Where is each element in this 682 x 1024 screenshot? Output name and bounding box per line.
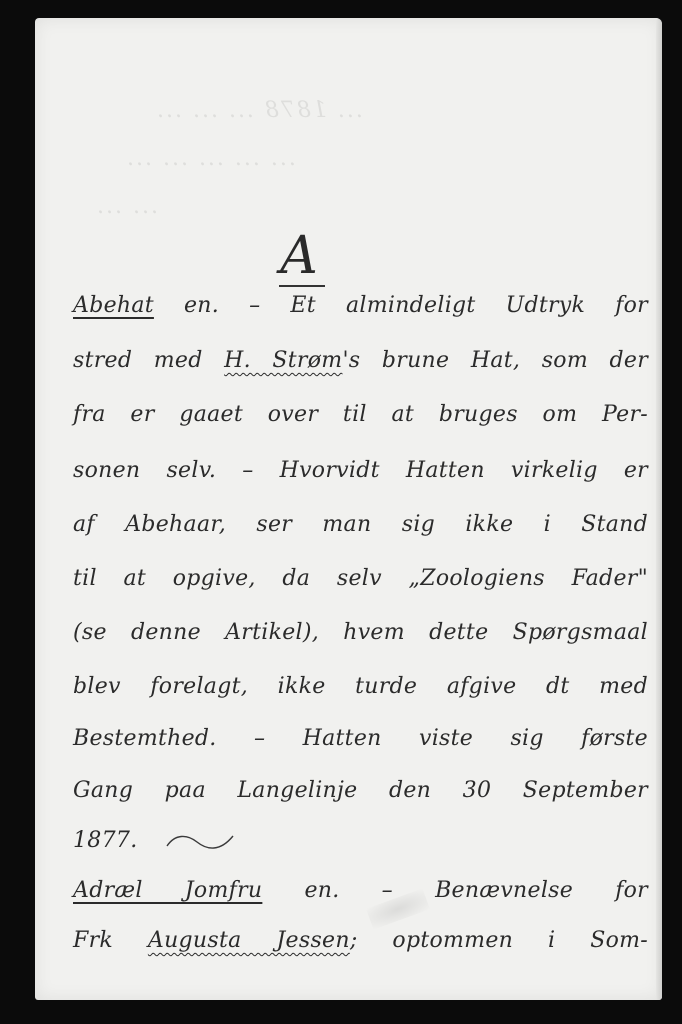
bleed-line: ... ... [95,194,158,219]
text-segment: 's brune Hat, som der [342,348,648,373]
text-segment: en. – Et almindeligt Udtryk for [154,293,648,318]
text-segment: en. – Benævnelse for [262,878,648,903]
bleed-line: ... ... ... ... ... [125,146,296,171]
section-letter: A [277,230,321,282]
text-segment: til at opgive, da selv „Zoologiens Fader… [73,566,648,591]
flourish-icon [165,830,235,854]
text-line: 1877. [73,830,648,852]
entry-headword: Abehat [73,293,154,318]
name-reference: H. Strøm [224,348,342,373]
text-segment: sonen selv. – Hvorvidt Hatten virkelig e… [73,458,648,483]
text-line: Frk Augusta Jessen; optommen i Som- [73,930,648,952]
text-line: Abehat en. – Et almindeligt Udtryk for [73,295,648,317]
text-segment: blev forelagt, ikke turde afgive dt med [73,674,648,699]
text-line: Adræl Jomfru en. – Benævnelse for [73,880,648,902]
text-line: stred med H. Strøm's brune Hat, som der [73,350,648,372]
text-line: (se denne Artikel), hvem dette Spørgsmaa… [73,622,648,644]
name-reference: Augusta Jessen [148,928,350,953]
text-segment: 1877. [73,828,137,853]
text-segment: Gang paa Langelinje den 30 September [73,778,648,803]
text-segment: ; optommen i Som- [350,928,648,953]
text-line: sonen selv. – Hvorvidt Hatten virkelig e… [73,460,648,482]
text-line: Gang paa Langelinje den 30 September [73,780,648,802]
manuscript-page: ... 1878 ... ... ... ... ... ... ... ...… [35,18,662,1000]
text-segment: Bestemthed. – Hatten viste sig første [73,726,648,751]
text-line: Bestemthed. – Hatten viste sig første [73,728,648,750]
entry-headword: Adræl Jomfru [73,878,262,903]
text-segment: Frk [73,928,148,953]
text-segment: stred med [73,348,224,373]
section-letter-underline [279,285,325,287]
text-line: blev forelagt, ikke turde afgive dt med [73,676,648,698]
text-segment: af Abehaar, ser man sig ikke i Stand [73,512,648,537]
text-line: til at opgive, da selv „Zoologiens Fader… [73,568,648,590]
text-segment: fra er gaaet over til at bruges om Per- [73,402,648,427]
text-line: af Abehaar, ser man sig ikke i Stand [73,514,648,536]
text-line: fra er gaaet over til at bruges om Per- [73,404,648,426]
text-segment: (se denne Artikel), hvem dette Spørgsmaa… [73,620,648,645]
bleed-line: ... 1878 ... ... ... [155,98,363,123]
page-edge [656,18,662,1000]
